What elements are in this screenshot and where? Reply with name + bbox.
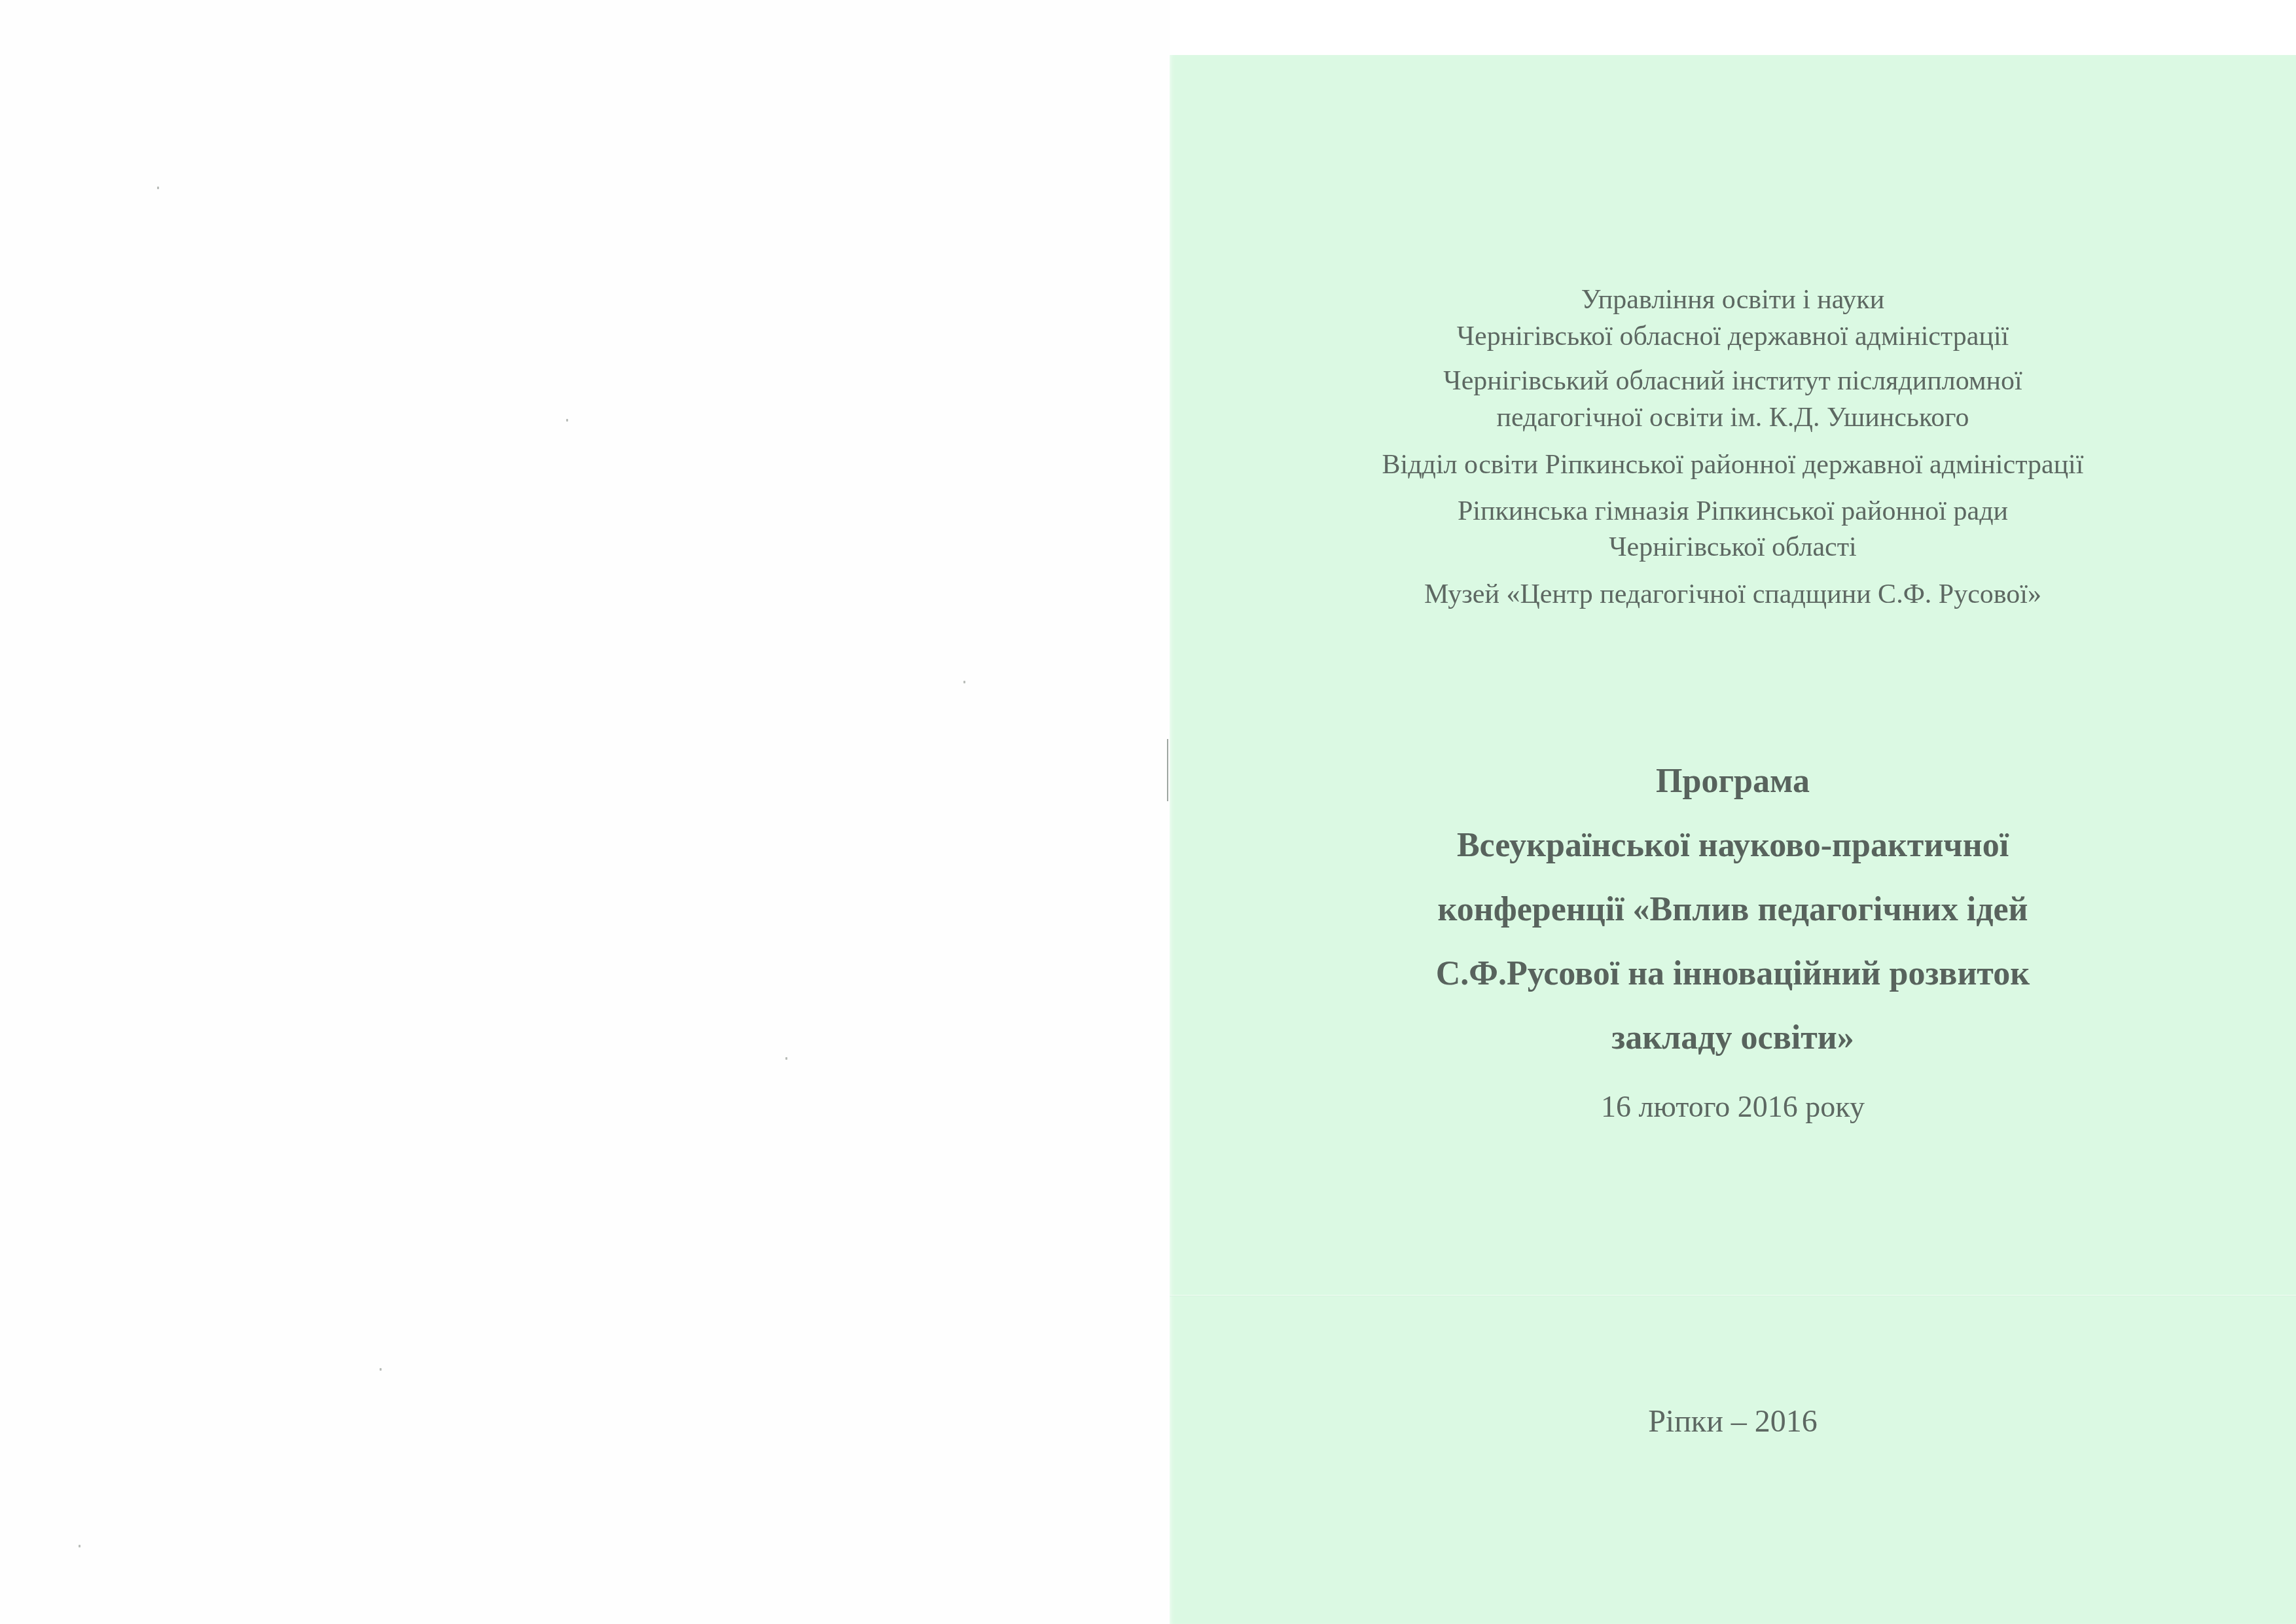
dust-speck: [380, 1368, 382, 1371]
organizer-3-line-1: Відділ освіти Ріпкинської районної держа…: [1170, 446, 2296, 483]
organizer-4-line-1: Ріпкинська гімназія Ріпкинської районної…: [1170, 493, 2296, 530]
title-line-4: С.Ф.Русової на інноваційний розвиток: [1170, 943, 2296, 1005]
fold-line: [1170, 1295, 2296, 1297]
page-edge-mark: [1167, 739, 1168, 801]
title-line-2: Всеукраїнської науково-практичної: [1170, 814, 2296, 877]
dust-speck: [963, 681, 965, 683]
dust-speck: [566, 419, 568, 422]
organizer-2-line-1: Чернігівський обласний інститут післядип…: [1170, 363, 2296, 399]
dust-speck: [157, 187, 159, 189]
place-year: Ріпки – 2016: [1170, 1403, 2296, 1439]
program-cover-page: Управління освіти і науки Чернігівської …: [1170, 55, 2296, 1624]
title-line-5: закладу освіти»: [1170, 1007, 2296, 1070]
organizer-1-line-1: Управління освіти і науки: [1170, 281, 2296, 318]
organizer-1-line-2: Чернігівської обласної державної адмініс…: [1170, 318, 2296, 355]
blank-left-page: [0, 0, 1170, 1624]
organizer-2-line-2: педагогічної освіти ім. К.Д. Ушинського: [1170, 399, 2296, 436]
organizer-4-line-2: Чернігівської області: [1170, 529, 2296, 566]
dust-speck: [79, 1545, 81, 1547]
title-line-3: конференції «Вплив педагогічних ідей: [1170, 878, 2296, 941]
title-line-1: Програма: [1170, 750, 2296, 813]
conference-date: 16 лютого 2016 року: [1170, 1089, 2296, 1124]
dust-speck: [785, 1057, 787, 1060]
organizer-5-line-1: Музей «Центр педагогічної спадщини С.Ф. …: [1170, 576, 2296, 613]
